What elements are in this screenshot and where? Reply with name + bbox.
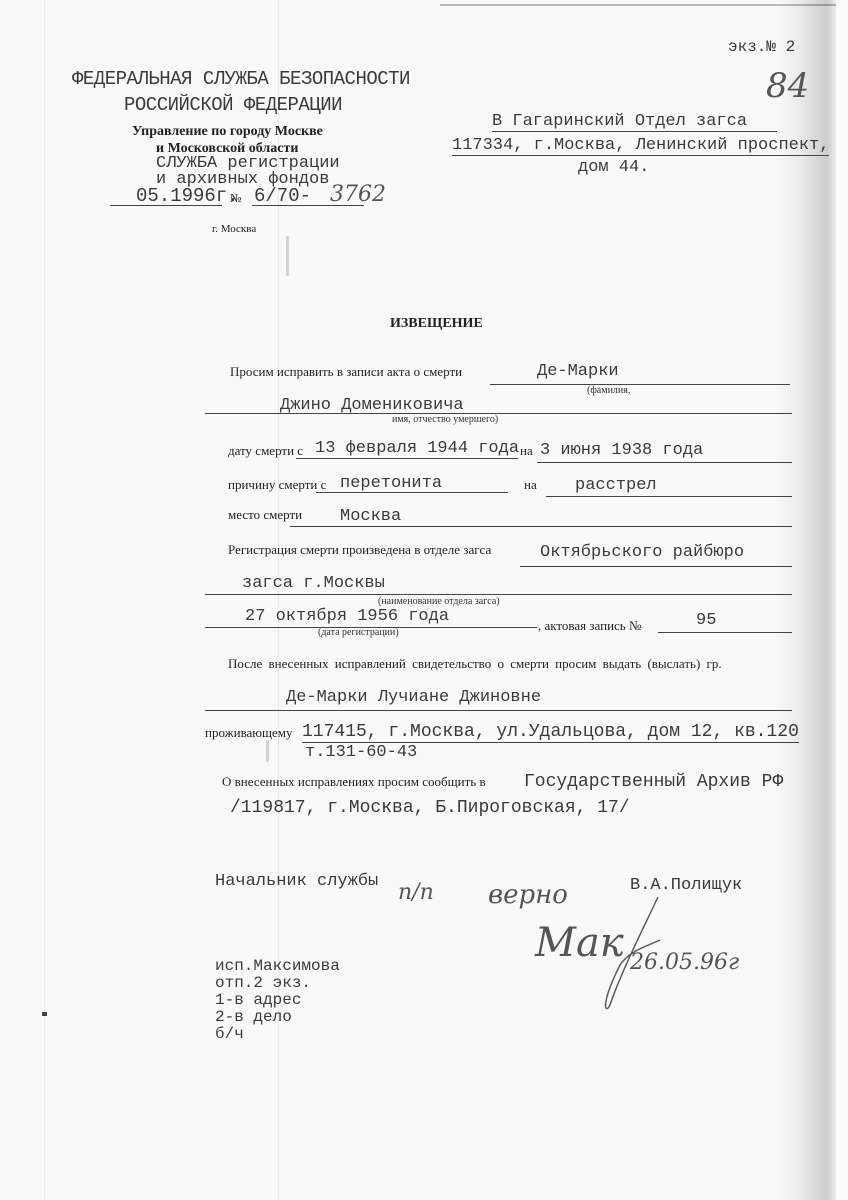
registry-office-underline1 [520,566,792,567]
recipient-line2: 117334, г.Москва, Ленинский проспект, [452,136,829,156]
city: г. Москва [212,223,256,235]
footer-line: 2-в дело [215,1009,340,1026]
scan-shadow [776,0,836,1200]
outgoing-date: 05.1996г. [136,185,239,207]
recipient-name-value: Де-Марки Лучиане Джиновне [286,688,541,707]
org-name-line2: РОССИЙСКОЙ ФЕДЕРАЦИИ [124,94,342,116]
surname-value: Де-Марки [537,362,619,381]
cause-label: причину смерти с [228,477,326,493]
record-underline [658,632,792,633]
place-label: место смерти [228,507,302,523]
cause-to-label: на [524,477,537,493]
surname-underline [490,384,790,385]
death-date-to-value: 3 июня 1938 года [540,441,703,460]
notify-address-value: /119817, г.Москва, Б.Пироговская, 17/ [230,798,630,818]
footer-line: 1-в адрес [215,992,340,1009]
cause-to-value: расстрел [575,476,657,495]
signatory-name: В.А.Полищук [630,876,742,895]
correct-label: Просим исправить в записи акта о смерти [230,364,462,380]
ink-smudge [286,236,289,276]
place-underline [290,526,792,527]
dept-line1: Управление по городу Москве [132,124,323,140]
phone-value: т.131-60-43 [305,743,417,762]
name-patronymic-value: Джино Домениковича [280,396,464,415]
executor-notes: исп.Максимова отп.2 экз. 1-в адрес 2-в д… [215,958,340,1043]
copy-number: экз.№ 2 [728,38,795,56]
residing-label: проживающему [205,725,293,741]
handwritten-page-number: 84 [766,66,809,106]
registration-label: Регистрация смерти произведена в отделе … [228,542,491,558]
cause-to-underline [546,496,792,497]
death-date-from-value: 13 февраля 1944 года [315,439,519,458]
number-sign: № [230,191,241,206]
recipient-line1: В Гагаринский Отдел загса [492,112,777,132]
registration-date-value: 27 октября 1956 года [245,607,449,626]
issue-label: После внесенных исправлений свидетельств… [228,656,722,672]
notify-label: О внесенных исправлениях просим сообщить… [222,774,486,790]
recipient-line3: дом 44. [578,158,649,177]
death-date-to-label: на [520,443,533,459]
record-label: , актовая запись № [538,618,641,634]
org-name-line1: ФЕДЕРАЛЬНАЯ СЛУЖБА БЕЗОПАСНОСТИ [72,68,410,90]
registry-office-line2: загса г.Москвы [242,574,385,593]
handwritten-date: 26.05.96г [630,950,739,975]
pp-mark: п/п [398,880,434,905]
name-caption: имя, отчество умершего) [392,414,498,425]
registry-office-caption: (наименование отдела загса) [378,596,500,607]
surname-caption: (фамилия, [587,385,630,396]
death-date-from-underline [296,458,518,459]
fold-line [44,0,45,1200]
place-value: Москва [340,507,401,526]
record-number-value: 95 [696,611,716,630]
document-title: ИЗВЕЩЕНИЕ [390,316,483,332]
footer-line: исп.Максимова [215,958,340,975]
signatory-position: Начальник службы [215,872,378,891]
address-value: 117415, г.Москва, ул.Удальцова, дом 12, … [302,722,799,743]
registration-date-caption: (дата регистрации) [318,627,399,638]
registry-office-line1: Октябрьского райбюро [540,543,744,562]
cause-from-value: перетонита [340,474,442,493]
death-date-label: дату смерти с [228,443,303,459]
scan-edge [836,0,848,1200]
document-page: ФЕДЕРАЛЬНАЯ СЛУЖБА БЕЗОПАСНОСТИ РОССИЙСК… [0,0,848,1200]
outgoing-number: 6/70- [254,185,311,207]
verified-mark: верно [488,880,568,910]
recipient-name-underline [205,710,792,711]
ink-smudge [266,740,269,762]
notify-org-value: Государственный Архив РФ [524,772,783,792]
handwritten-number: 3762 [330,182,386,207]
registry-office-underline2 [205,594,792,595]
footer-line: отп.2 экз. [215,975,340,992]
hole-punch-mark [42,1012,47,1016]
death-date-to-underline [537,462,792,463]
footer-line: б/ч [215,1026,340,1043]
